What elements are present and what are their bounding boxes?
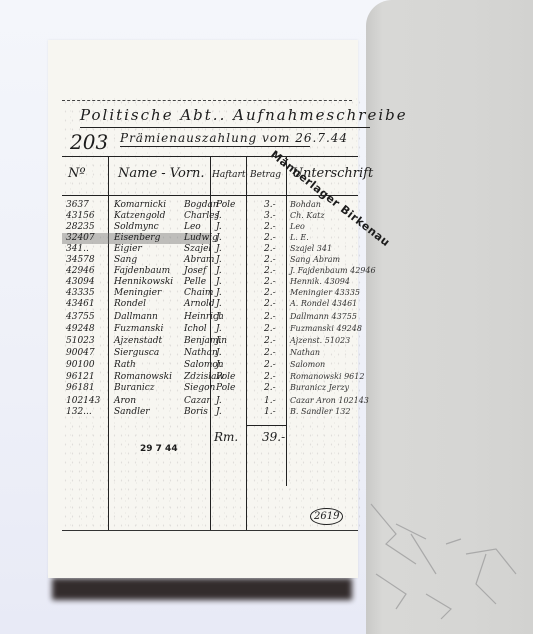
table-row: 96121RomanowskiZdzislawPole2.-Romanowski… bbox=[62, 372, 358, 383]
table-row: 43755DallmannHeinrichJ.2.-Dallmann 43755 bbox=[62, 312, 358, 323]
header-signature: Unterschrift bbox=[292, 166, 373, 181]
table-row: 96181BuraniczSiegonPole2.-Buranicz Jerzy bbox=[62, 383, 358, 394]
top-dashed-rule bbox=[62, 100, 352, 101]
total-rule bbox=[246, 425, 286, 426]
document-subtitle: Prämienauszahlung vom 26.7.44 bbox=[120, 131, 348, 145]
document-title: Politische Abt.. Aufnahmeschreibe bbox=[80, 106, 408, 124]
book-shadow bbox=[52, 578, 352, 600]
table-row: 132...SandlerBorisJ.1.-B. Sandler 132 bbox=[62, 407, 358, 418]
header-name: Name - Vorn. bbox=[118, 166, 205, 181]
title-underline bbox=[80, 127, 370, 128]
table-row: 43461RondelArnoldJ.2.-A. Rondel 43461 bbox=[62, 299, 358, 310]
table-row: 43156KatzengoldCharlesJ.3.-Ch. Katz bbox=[62, 211, 358, 222]
table-row: 51023AjzenstadtBenjaminJ.2.-Ajzenst. 510… bbox=[62, 336, 358, 347]
header-category: Haftart bbox=[212, 170, 245, 180]
table-row-highlighted: 32407EisenbergLudwig bbox=[62, 233, 210, 244]
sheet-number: 203 bbox=[70, 130, 108, 154]
table-row: 43094HennikowskiPelleJ.2.-Hennik. 43094 bbox=[62, 277, 358, 288]
table-row: 43335MeningierChaimJ.2.-Meningier 43335 bbox=[62, 288, 358, 299]
bottom-rule bbox=[62, 530, 358, 531]
total-label: Rm. bbox=[214, 430, 238, 444]
table-row: 341..EigierSzajelJ.2.-Szajel 341 bbox=[62, 244, 358, 255]
table-row: 49248FuzmanskiIcholJ.2.-Fuzmanski 49248 bbox=[62, 324, 358, 335]
document-photocopy: Politische Abt.. Aufnahmeschreibe 203 Pr… bbox=[62, 98, 366, 530]
table-row: 102143AronCazarJ.1.-Cazar Aron 102143 bbox=[62, 396, 358, 407]
table-row: 34578SangAbramJ.2.-Sang Abram bbox=[62, 255, 358, 266]
date-stamp: 29 7 44 bbox=[140, 444, 178, 454]
total-amount: 39.- bbox=[262, 430, 285, 444]
table-row: 3637KomarnickiBogdanPole3.-Bohdan bbox=[62, 200, 358, 211]
right-book-page bbox=[366, 0, 533, 634]
table-row: 28235SoldmyncLeoJ.2.-Leo bbox=[62, 222, 358, 233]
subtitle-underline bbox=[120, 146, 310, 147]
header-amount: Betrag bbox=[250, 170, 281, 180]
faint-scribble-marks bbox=[366, 484, 533, 624]
table-row: 90100RathSalomonJ.2.-Salomon bbox=[62, 360, 358, 371]
header-number: Nº bbox=[68, 166, 86, 181]
table-row: 90047SierguscaNathanJ.2.-Nathan bbox=[62, 348, 358, 359]
table-row-rest: J.2.-L. E. bbox=[210, 233, 358, 244]
table-row: 42946FajdenbaumJosefJ.2.-J. Fajdenbaum 4… bbox=[62, 266, 358, 277]
